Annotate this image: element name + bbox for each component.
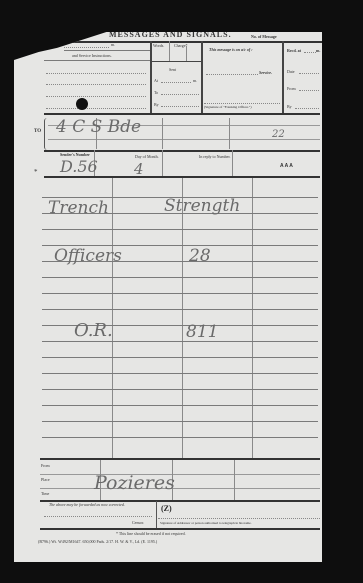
print-info: (B796.) Wt. W492/M1647. 650,000 Pads. 2/… bbox=[38, 539, 157, 544]
rule bbox=[40, 458, 320, 460]
divider bbox=[186, 46, 187, 61]
message-form: MESSAGES AND SIGNALS. No. of Message m. … bbox=[14, 32, 322, 562]
body-line-3-col1: O.R. bbox=[74, 320, 113, 341]
sent-at-m: m. bbox=[193, 78, 197, 83]
divider bbox=[201, 41, 203, 113]
date-label: Date bbox=[287, 69, 295, 74]
divider bbox=[156, 501, 157, 528]
rule bbox=[204, 103, 280, 104]
divider bbox=[162, 118, 163, 149]
erase-note: * This line should be erased if not requ… bbox=[116, 531, 186, 536]
instructions-line-2 bbox=[46, 84, 146, 85]
divider bbox=[234, 460, 235, 500]
service-field[interactable] bbox=[206, 74, 258, 75]
recd-at-field[interactable] bbox=[304, 52, 316, 53]
recd-at-label: Recd. at bbox=[287, 48, 301, 53]
grid-divider bbox=[252, 178, 253, 458]
no-of-message-label: No. of Message bbox=[251, 34, 277, 39]
divider bbox=[150, 41, 152, 113]
divider bbox=[169, 41, 170, 61]
in-reply-label: In reply to Number. bbox=[199, 154, 231, 159]
to-brace bbox=[44, 118, 48, 150]
aaa-marker: A A A bbox=[280, 163, 293, 169]
senders-number-value[interactable]: D.56 bbox=[60, 157, 98, 176]
grid-row-line bbox=[42, 437, 318, 438]
place-value[interactable]: Pozieres bbox=[94, 472, 175, 494]
rule bbox=[40, 528, 320, 530]
asterisk-mark: * bbox=[34, 168, 38, 176]
divider bbox=[229, 118, 230, 149]
time-label: Time bbox=[41, 491, 49, 496]
sent-to-label: To bbox=[154, 90, 158, 95]
to-label: TO bbox=[34, 129, 41, 134]
charge-label: Charge* bbox=[174, 43, 187, 48]
sent-at-label: At bbox=[154, 78, 158, 83]
body-line-2-col2: 28 bbox=[189, 246, 211, 266]
body-line-2-col1: Officers bbox=[54, 246, 122, 266]
date-field[interactable] bbox=[299, 73, 319, 74]
grid-row-line bbox=[42, 405, 318, 406]
instructions-line-3 bbox=[46, 96, 146, 97]
body-line-1-col1: Trench bbox=[48, 198, 109, 218]
sent-at-field[interactable] bbox=[161, 82, 191, 83]
forward-note: The above may be forwarded as now correc… bbox=[49, 502, 125, 507]
to-addressee[interactable]: 4 C S Bde bbox=[56, 117, 141, 137]
instructions-line-4 bbox=[46, 108, 146, 109]
place-label: Place bbox=[41, 477, 50, 482]
from-recd-label: From bbox=[287, 86, 296, 91]
rule bbox=[44, 60, 150, 61]
divider bbox=[282, 41, 284, 113]
grid-row-line bbox=[42, 373, 318, 374]
recd-by-label: By bbox=[287, 104, 292, 109]
sent-by-field[interactable] bbox=[161, 106, 199, 107]
to-extra-value: 22 bbox=[272, 129, 285, 140]
grid-row-line bbox=[42, 309, 318, 310]
rule bbox=[40, 474, 320, 475]
sent-label: Sent bbox=[169, 67, 176, 72]
grid-row-line bbox=[42, 341, 318, 342]
recd-m: m. bbox=[316, 48, 320, 53]
grid-row-line bbox=[42, 389, 318, 390]
grid-row-line bbox=[42, 277, 318, 278]
grid-row-line bbox=[42, 357, 318, 358]
on-account-of-label: This message is on a/c of : bbox=[209, 47, 253, 52]
grid-row-line bbox=[42, 293, 318, 294]
instructions-line-1 bbox=[46, 73, 146, 74]
rule bbox=[150, 61, 202, 62]
punch-hole bbox=[76, 98, 88, 110]
service-label: Service. bbox=[259, 70, 272, 75]
form-title: MESSAGES AND SIGNALS. bbox=[109, 30, 232, 39]
z-mark: (Z) bbox=[161, 504, 172, 513]
grid-divider bbox=[112, 178, 113, 458]
day-of-month-label: Day of Month. bbox=[135, 154, 159, 159]
addressor-signature-label: Signature of Addressor or person authori… bbox=[160, 521, 251, 525]
service-instructions-label: and Service Instructions. bbox=[72, 53, 112, 58]
rule bbox=[64, 50, 150, 51]
sent-by-label: By bbox=[154, 102, 159, 107]
from-recd-field[interactable] bbox=[299, 90, 319, 91]
recd-by-field[interactable] bbox=[295, 108, 319, 109]
prefix-m-label: m. bbox=[111, 42, 115, 47]
divider bbox=[232, 150, 233, 176]
words-label: Words. bbox=[153, 43, 164, 48]
body-line-3-col2: 811 bbox=[186, 322, 218, 342]
rule bbox=[40, 488, 320, 489]
grid-row-line bbox=[42, 421, 318, 422]
divider bbox=[162, 150, 163, 176]
grid-divider bbox=[182, 178, 183, 458]
franking-signature-label: (Signature of "Franking Officer.") bbox=[204, 105, 252, 109]
forward-dotted-line bbox=[44, 516, 152, 517]
grid-row-line bbox=[42, 229, 318, 230]
rule bbox=[158, 518, 320, 519]
prefix-dotted bbox=[64, 47, 109, 48]
body-line-1-col2: Strength bbox=[164, 196, 240, 216]
from-label: From bbox=[41, 463, 50, 468]
censor-label: Censor. bbox=[132, 520, 144, 525]
sent-to-field[interactable] bbox=[161, 94, 199, 95]
rule bbox=[44, 113, 320, 115]
